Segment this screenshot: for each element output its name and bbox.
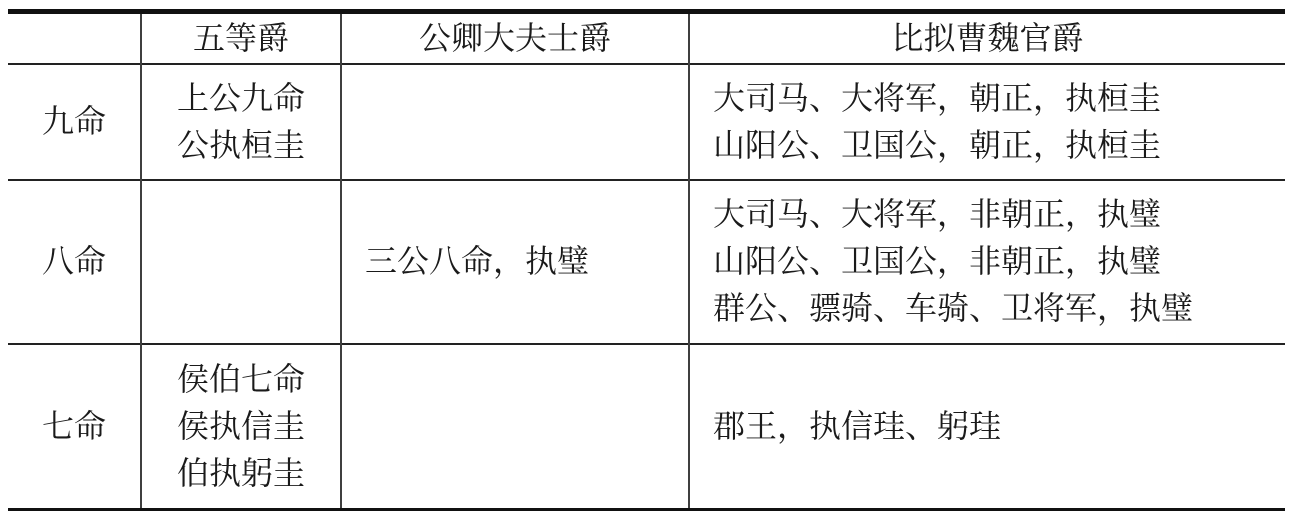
header-five-rank: 五等爵	[141, 12, 341, 64]
header-row: 五等爵 公卿大夫士爵 比拟曹魏官爵	[8, 12, 1285, 64]
cell-line: 山阳公、卫国公，非朝正，执璧	[713, 238, 1285, 285]
rank-comparison-table: 五等爵 公卿大夫士爵 比拟曹魏官爵 九命 上公九命 公执桓圭 大司马、大将军，朝…	[8, 9, 1285, 511]
cell-line: 伯执躬圭	[177, 450, 305, 497]
rank-cell: 九命	[8, 64, 141, 180]
gongqing-cell: 三公八命，执璧	[341, 180, 689, 344]
cell-line: 公执桓圭	[177, 122, 305, 169]
five-rank-cell	[141, 180, 341, 344]
table-row-eight-ming: 八命 三公八命，执璧 大司马、大将军，非朝正，执璧 山阳公、卫国公，非朝正，执璧…	[8, 180, 1285, 344]
cell-lines: 侯伯七命 侯执信圭 伯执躬圭	[177, 356, 305, 497]
cell-line: 山阳公、卫国公，朝正，执桓圭	[713, 122, 1285, 169]
cell-line: 侯伯七命	[177, 356, 305, 403]
cell-line: 侯执信圭	[177, 403, 305, 450]
table-row-seven-ming: 七命 侯伯七命 侯执信圭 伯执躬圭 郡王，执信珪、躬珪	[8, 344, 1285, 510]
book-page: 五等爵 公卿大夫士爵 比拟曹魏官爵 九命 上公九命 公执桓圭 大司马、大将军，朝…	[0, 0, 1300, 528]
five-rank-cell: 侯伯七命 侯执信圭 伯执躬圭	[141, 344, 341, 510]
rank-cell: 八命	[8, 180, 141, 344]
header-caowei-comparison: 比拟曹魏官爵	[689, 12, 1285, 64]
caowei-cell: 郡王，执信珪、躬珪	[689, 344, 1285, 510]
gongqing-cell	[341, 64, 689, 180]
caowei-cell: 大司马、大将军，朝正，执桓圭 山阳公、卫国公，朝正，执桓圭	[689, 64, 1285, 180]
five-rank-cell: 上公九命 公执桓圭	[141, 64, 341, 180]
cell-line: 大司马、大将军，朝正，执桓圭	[713, 75, 1285, 122]
header-gongqing-ranks: 公卿大夫士爵	[341, 12, 689, 64]
cell-line: 大司马、大将军，非朝正，执璧	[713, 191, 1285, 238]
caowei-cell: 大司马、大将军，非朝正，执璧 山阳公、卫国公，非朝正，执璧 群公、骠骑、车骑、卫…	[689, 180, 1285, 344]
rank-cell: 七命	[8, 344, 141, 510]
header-blank	[8, 12, 141, 64]
cell-line: 群公、骠骑、车骑、卫将军，执璧	[713, 285, 1285, 332]
gongqing-cell	[341, 344, 689, 510]
table-row-nine-ming: 九命 上公九命 公执桓圭 大司马、大将军，朝正，执桓圭 山阳公、卫国公，朝正，执…	[8, 64, 1285, 180]
cell-line: 上公九命	[177, 75, 305, 122]
cell-line: 郡王，执信珪、躬珪	[713, 403, 1285, 450]
cell-line: 三公八命，执璧	[365, 238, 688, 285]
cell-lines: 上公九命 公执桓圭	[177, 75, 305, 169]
